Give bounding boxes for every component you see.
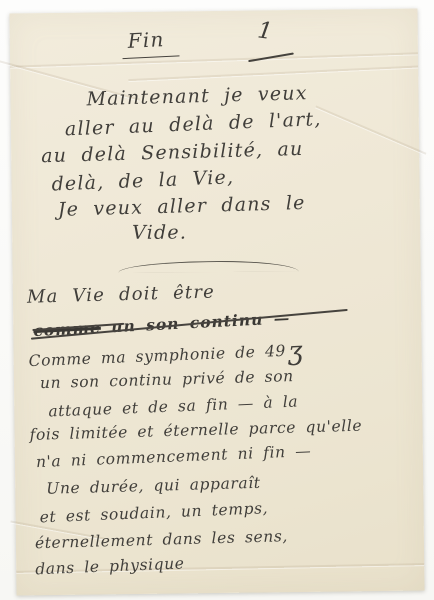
handwritten-line: Vide. — [132, 222, 187, 244]
divider-stroke — [119, 261, 299, 273]
handwritten-line: éternellement dans les sens, — [35, 527, 288, 552]
handwritten-line: attaque et de sa fin — à la — [48, 393, 299, 421]
manuscript-paper: Fin 1 Maintenant je veux aller au delà d… — [9, 9, 424, 596]
struck-word: comme — [33, 318, 101, 340]
handwritten-line: et est soudain, un temps, — [39, 499, 268, 526]
photograph-background: Fin 1 Maintenant je veux aller au delà d… — [0, 0, 434, 600]
handwritten-line: n'a ni commencement ni fin — — [36, 442, 312, 471]
handwritten-line: delà, de la Vie, — [51, 166, 234, 195]
line-text: Comme ma symphonie de 49 — [28, 342, 286, 370]
handwritten-line: Je veux aller dans le — [58, 192, 306, 221]
page-number: 1 — [256, 17, 275, 45]
handwritten-line: Ma Vie doit être — [27, 282, 216, 308]
pen-flourish: ʒ — [287, 336, 303, 367]
paper-crease — [10, 52, 418, 68]
struck-rest: un son continu — — [111, 308, 291, 336]
handwritten-line: au delà Sensibilité, au — [41, 138, 304, 167]
handwritten-line: fois limitée et éternelle parce qu'elle — [29, 417, 362, 444]
page-number-underline — [248, 52, 294, 62]
handwritten-line: dans le physique — [35, 554, 185, 578]
page-heading: Fin — [121, 26, 179, 59]
handwritten-line: Une durée, qui apparaît — [46, 474, 261, 498]
paper-crease — [315, 105, 426, 154]
heading-title: Fin — [121, 26, 179, 59]
handwritten-line: Maintenant je veux — [86, 82, 308, 110]
strikethrough-line: comme un son continu — — [33, 308, 291, 340]
handwritten-line: aller au delà de l'art, — [64, 108, 321, 140]
paper-crease — [128, 65, 418, 81]
